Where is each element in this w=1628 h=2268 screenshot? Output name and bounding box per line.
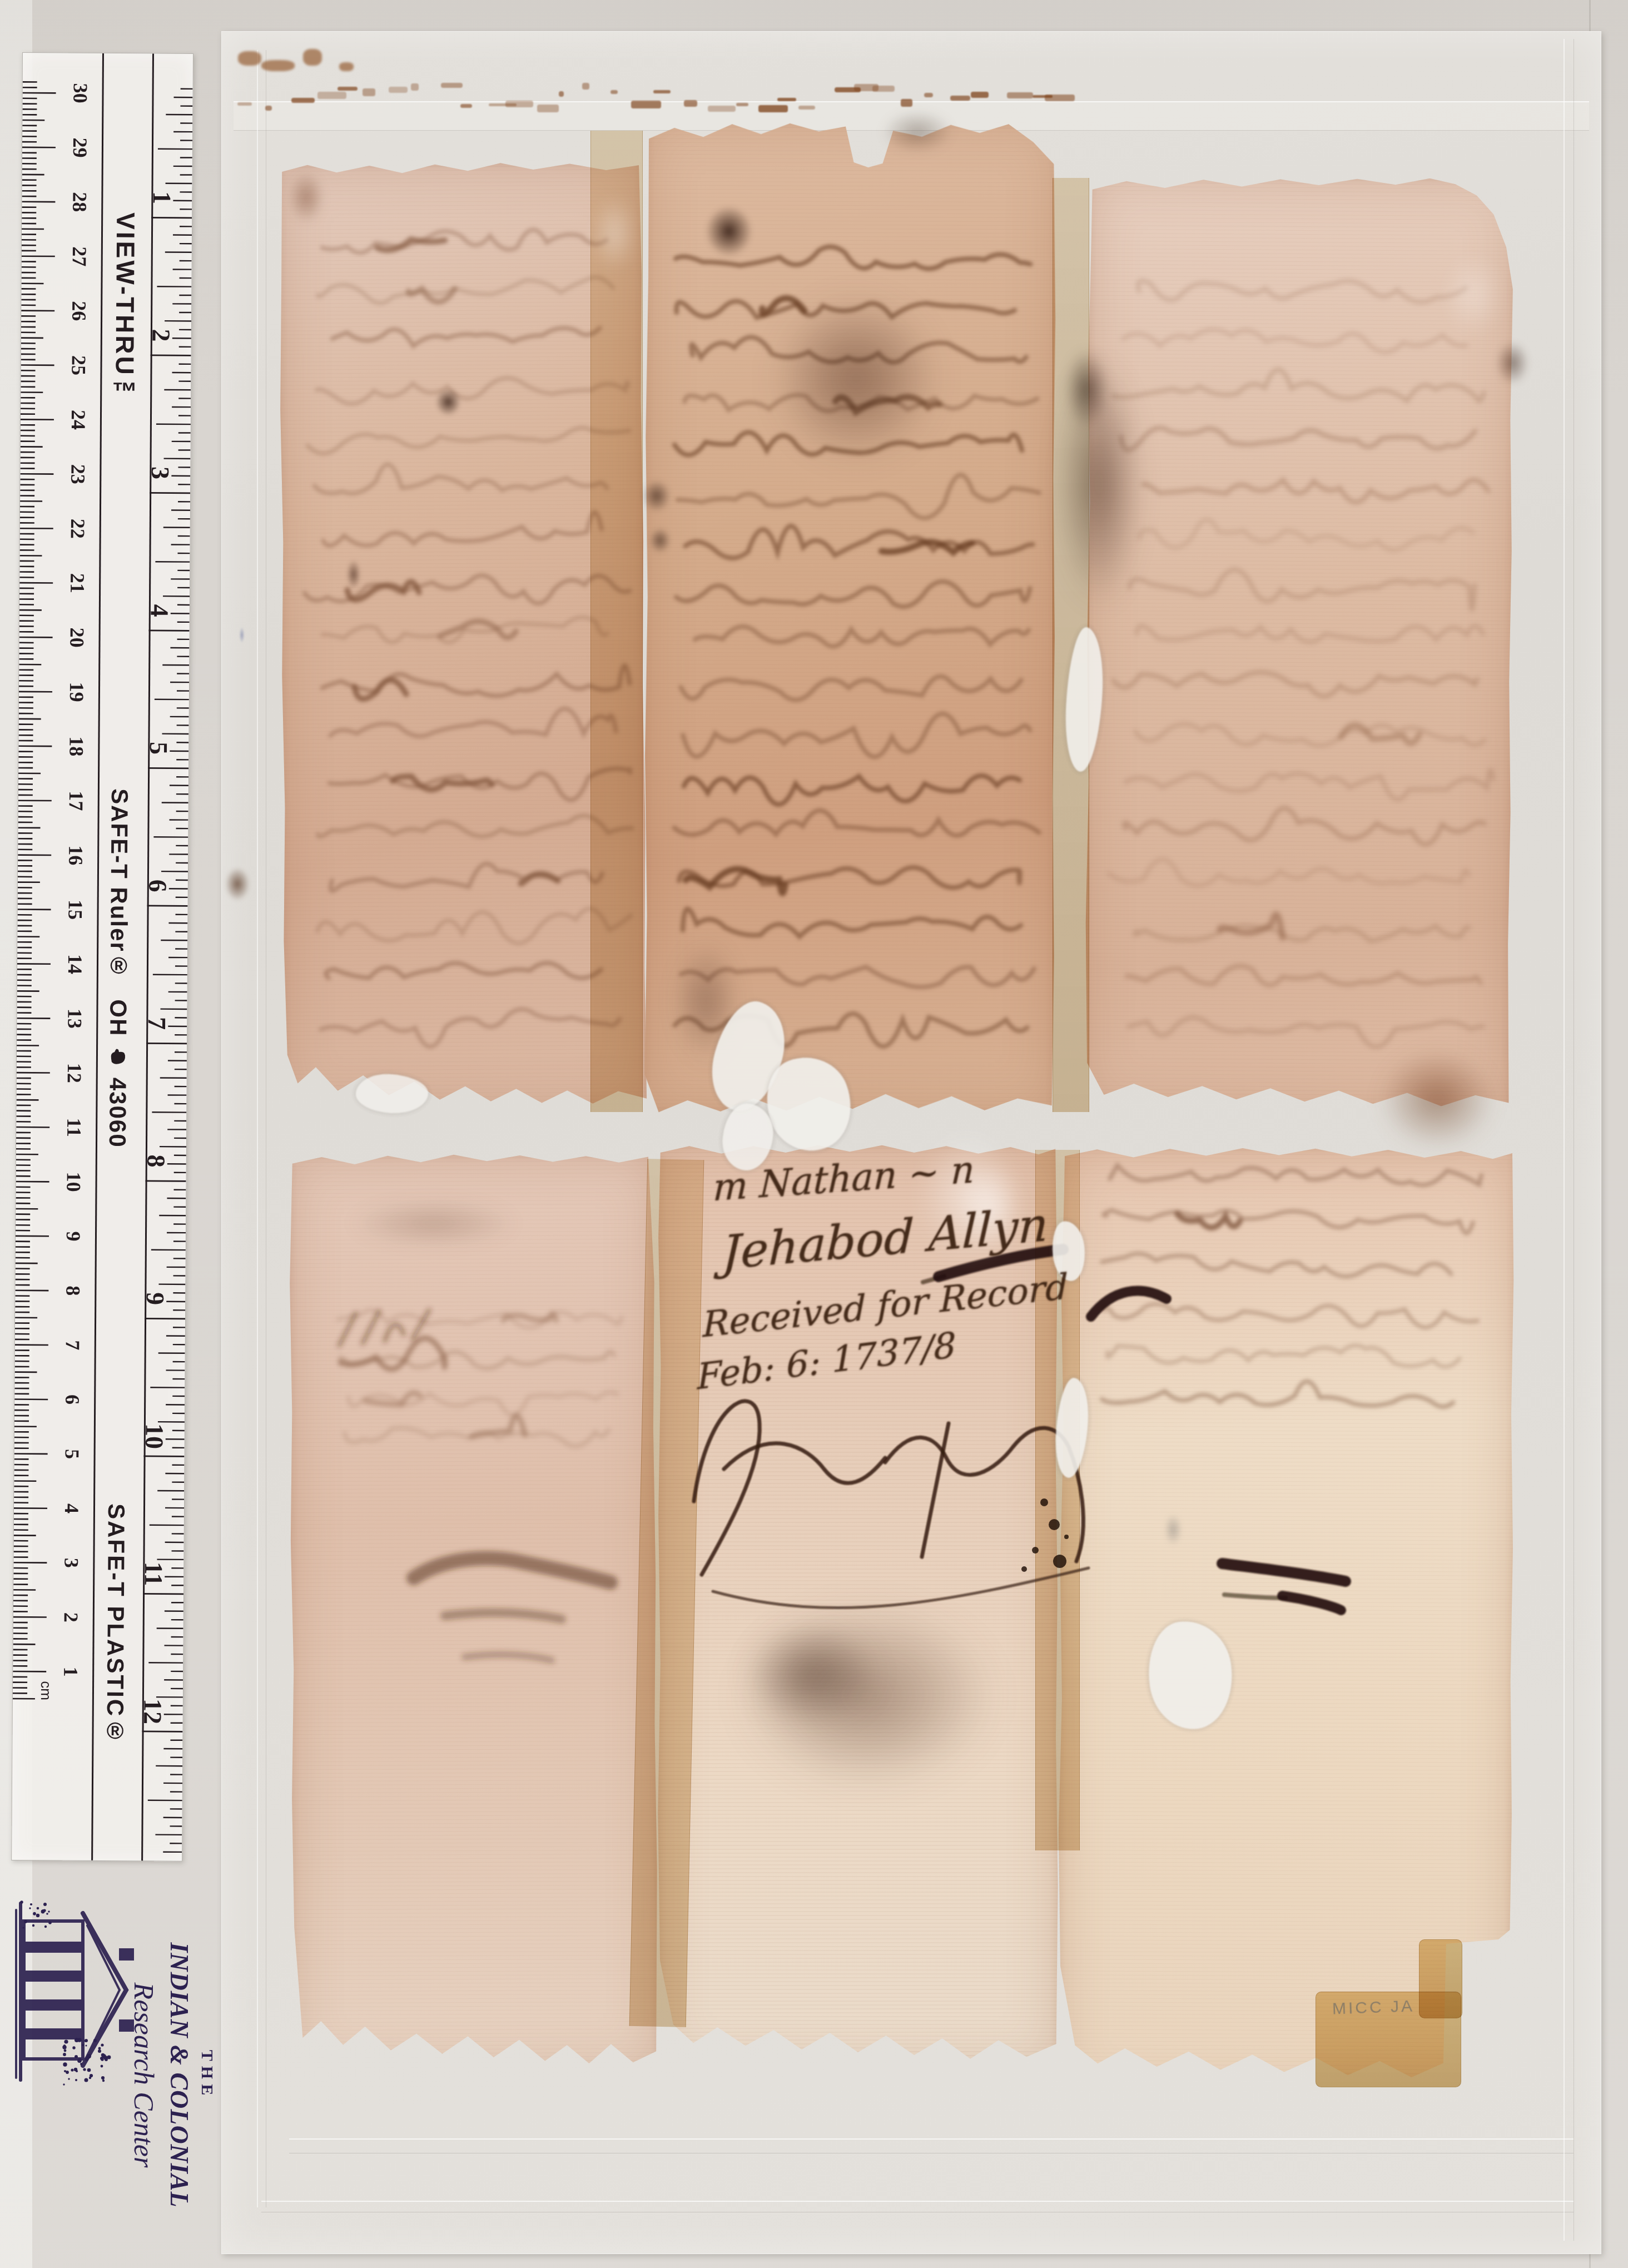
corner-tape-pencil-note: MICC JA: [1332, 1997, 1414, 2018]
stamp-line-the: THE: [197, 1882, 216, 2268]
rust-stain: [238, 51, 261, 66]
rust-stain: [872, 86, 895, 92]
rust-stain: [411, 83, 419, 90]
rust-stain: [582, 83, 590, 90]
rust-stain: [261, 60, 295, 71]
hand-safety-icon: [108, 1048, 128, 1066]
rust-stain: [389, 87, 408, 93]
svg-text:11: 11: [63, 1118, 85, 1137]
rust-stain: [777, 98, 796, 101]
colonial-building-icon: [13, 1897, 134, 2086]
svg-text:1: 1: [148, 191, 176, 204]
rust-stain: [441, 83, 462, 88]
ruler-state-label: OH: [105, 999, 131, 1036]
svg-text:5: 5: [61, 1449, 83, 1459]
svg-text:19: 19: [66, 682, 88, 702]
rust-stain: [1045, 95, 1075, 101]
svg-text:22: 22: [67, 519, 89, 539]
svg-text:11: 11: [140, 1562, 168, 1586]
mylar-right-seam: [1564, 39, 1574, 2241]
rust-stain: [798, 106, 815, 110]
svg-text:4: 4: [145, 604, 173, 617]
svg-text:5: 5: [145, 742, 173, 755]
rust-stain: [303, 49, 322, 66]
svg-text:7: 7: [143, 1017, 171, 1030]
ruler-product-label: SAFE-T Ruler®: [106, 788, 133, 980]
rust-stain: [653, 90, 671, 93]
ruler-model-label: SAFE-T Ruler® OH 43060: [104, 788, 133, 1148]
photo-of-encapsulated-manuscript: MICC JA: [0, 0, 1628, 2268]
rust-stain: [924, 93, 933, 97]
mylar-bottom-seam: [289, 2138, 1574, 2153]
rust-stain: [631, 101, 661, 108]
svg-text:18: 18: [65, 736, 87, 756]
svg-text:21: 21: [66, 573, 88, 593]
svg-text:12: 12: [63, 1063, 86, 1083]
svg-text:9: 9: [141, 1292, 170, 1305]
svg-text:9: 9: [62, 1231, 85, 1241]
svg-text:29: 29: [69, 137, 91, 157]
svg-text:2: 2: [60, 1612, 82, 1622]
rust-stain: [337, 87, 358, 91]
svg-text:16: 16: [64, 845, 87, 865]
mylar-bottom-seam-2: [261, 2201, 1574, 2212]
rust-stain: [1007, 92, 1033, 98]
rust-stain: [339, 62, 354, 71]
rust-stain: [758, 105, 788, 112]
stamp-line-indian-colonial: INDIAN & COLONIAL: [165, 1882, 194, 2268]
svg-text:26: 26: [68, 301, 90, 321]
svg-text:30: 30: [69, 83, 91, 103]
safe-t-ruler: 3029282726252423222120191817161514131211…: [11, 52, 193, 1862]
svg-text:13: 13: [63, 1009, 86, 1029]
rust-stain: [708, 106, 736, 112]
ruler-cm-unit-label: cm: [37, 1681, 54, 1700]
svg-text:10: 10: [140, 1423, 168, 1449]
rust-stain: [265, 106, 272, 111]
rust-stain: [460, 104, 472, 108]
svg-text:17: 17: [65, 791, 87, 811]
rust-stain: [901, 99, 912, 107]
ruler-material-label: SAFE-T PLASTIC®: [101, 1503, 130, 1745]
mylar-left-seam: [257, 50, 266, 2207]
rust-stain: [237, 102, 252, 106]
svg-text:23: 23: [67, 464, 89, 484]
rust-stain: [363, 88, 375, 96]
rust-stain: [537, 105, 559, 112]
svg-text:4: 4: [61, 1503, 83, 1513]
svg-text:8: 8: [62, 1286, 84, 1296]
document-panel-bottom-left: [289, 1153, 659, 2075]
svg-text:8: 8: [142, 1154, 170, 1167]
svg-text:6: 6: [61, 1394, 83, 1405]
stamp-rotated-content: THE INDIAN & COLONIAL Research Center: [10, 1882, 219, 2268]
rust-stain: [950, 96, 970, 101]
faded-mirrored-handwriting: [289, 1153, 659, 2075]
svg-text:20: 20: [66, 628, 88, 648]
svg-text:2: 2: [147, 329, 175, 341]
svg-text:1: 1: [59, 1667, 82, 1677]
ruler-brand-label: VIEW-THRU™: [110, 212, 141, 408]
rust-stain: [684, 100, 697, 107]
svg-text:10: 10: [62, 1172, 85, 1192]
svg-text:7: 7: [62, 1340, 84, 1350]
svg-text:27: 27: [68, 246, 91, 266]
svg-text:12: 12: [138, 1699, 167, 1724]
mylar-sheen: [584, 183, 645, 284]
svg-text:14: 14: [64, 954, 86, 974]
svg-text:25: 25: [67, 355, 90, 375]
mylar-sheen: [1435, 239, 1512, 350]
ruler-model-number: 43060: [105, 1078, 131, 1148]
rust-stain: [505, 101, 533, 107]
svg-text:6: 6: [143, 879, 172, 892]
rust-stain: [971, 92, 989, 98]
svg-text:24: 24: [67, 410, 90, 430]
faded-mirrored-handwriting: [642, 119, 1058, 1116]
research-center-stamp: THE INDIAN & COLONIAL Research Center: [10, 1882, 219, 2268]
svg-text:3: 3: [146, 466, 175, 479]
svg-text:15: 15: [64, 900, 86, 920]
svg-text:3: 3: [60, 1558, 82, 1568]
rust-stain: [736, 103, 748, 106]
rust-stain: [291, 98, 315, 103]
document-panel-top-middle: [642, 119, 1058, 1116]
rust-stain: [317, 92, 346, 100]
rust-stain: [610, 90, 618, 93]
svg-text:28: 28: [68, 192, 91, 212]
